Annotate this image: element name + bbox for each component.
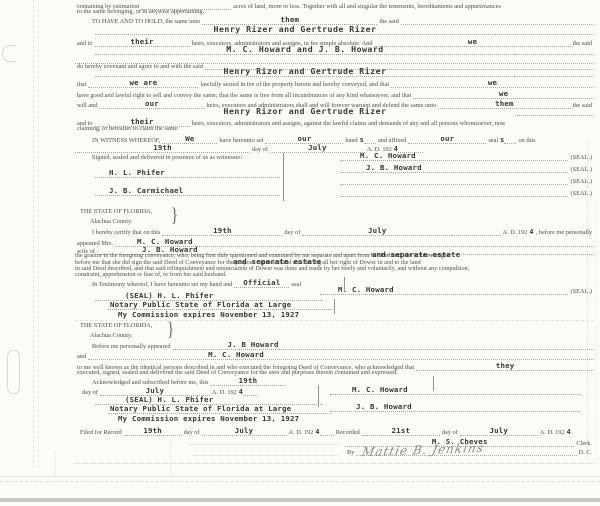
- seal-row-3-blank: [340, 176, 568, 185]
- scan-mark-left-bracket: [7, 350, 20, 394]
- hand-gap-blank: [364, 135, 376, 144]
- state-brace-2: }: [167, 321, 174, 341]
- state-line-1: THE STATE OF FLORIDA,: [78, 208, 154, 215]
- signer2-entry: J. B. Howard: [366, 163, 422, 172]
- seal-label-3: (SEAL.): [568, 178, 594, 185]
- witness-month-entry: July: [308, 143, 327, 152]
- certify-ad-text: A. D. 192: [501, 229, 530, 236]
- we-entry-3: we: [499, 89, 508, 98]
- notary2-title-blank: Notary Public State of Florida at Large: [108, 405, 330, 414]
- county-text-2: Alachua County.: [88, 332, 134, 339]
- witness2-line: J. B. Carmichael: [95, 187, 280, 196]
- certify-mid-blank: [452, 227, 500, 236]
- witness2-blank: J. B. Carmichael: [95, 187, 280, 196]
- scan-bottom-bar: [0, 498, 600, 502]
- certify-day-blank: 19th: [162, 227, 282, 236]
- have-hold-pre: TO HAVE AND TO HOLD, the same unto: [90, 18, 202, 25]
- filed-day-of-text: day of: [182, 429, 202, 436]
- state-brace-1: }: [171, 207, 178, 227]
- presence-text: Signed, sealed and delivered in presence…: [90, 154, 244, 161]
- seal-row-2-blank: J. B. Howard: [340, 164, 568, 173]
- person2-blank: M. C. Howard: [88, 351, 594, 360]
- our-entry-3: our: [440, 134, 454, 143]
- scan-fold-line-right-2: [596, 200, 597, 460]
- we-entry-4: We: [185, 134, 194, 143]
- recorded-ad-text: A. D. 192: [538, 429, 567, 436]
- grantees-blank-2: Henry Rizor and Gertrude Rizer: [95, 68, 515, 77]
- claims-text: heirs, executors, administrators and ass…: [190, 120, 508, 127]
- county-line-1: Alachua County.: [88, 218, 134, 225]
- recorded-month-entry: July: [489, 426, 508, 435]
- have-hold-post: the said: [377, 18, 400, 25]
- ack1-seal-label: (SEAL.): [568, 288, 594, 295]
- seal-row-4: (SEAL.): [340, 188, 594, 197]
- seal-gap-blank: [504, 135, 516, 144]
- seized-text: lawfully seized in fee of the property h…: [198, 81, 391, 88]
- good-lawful-text: have good and lawful right to sell and c…: [75, 92, 413, 99]
- good-lawful-line: have good and lawful right to sell and c…: [75, 90, 594, 99]
- we-are-blank: we are: [88, 79, 198, 88]
- our-entry-2: our: [297, 134, 311, 143]
- have-hold-entry: them: [281, 15, 300, 24]
- witness1-entry: H. L. Phifer: [109, 168, 165, 177]
- notary1-title-blank: Notary Public State of Florida at Large: [108, 301, 333, 310]
- presence-line: Signed, sealed and delivered in presence…: [90, 154, 244, 161]
- notary1-title-entry: Notary Public State of Florida at Large: [110, 300, 291, 309]
- state-text-2: THE STATE OF FLORIDA,: [78, 322, 154, 329]
- separate-estate-overlay-1: and separate estate: [372, 251, 460, 259]
- in-witness-text: IN WITNESS WHEREOF,: [90, 137, 162, 144]
- appertaining-line: to the same belonging, or in anywise app…: [75, 8, 206, 15]
- grantors-blank: M. C. Howard and J. B. Howard: [95, 46, 515, 55]
- claiming-text: claiming, or hereafter to claim the same…: [75, 125, 181, 132]
- scan-stub-1: [55, 452, 56, 476]
- dower-para-line-4: constraint, apprehension or fear of, or …: [75, 272, 227, 278]
- and-to-text-1: and to: [75, 40, 95, 47]
- grantees-entry-1: Henry Rizer and Gertrude Rizer: [214, 24, 377, 34]
- scan-line-bottom-2: [0, 481, 600, 482]
- they-blank: they: [416, 362, 594, 371]
- seal-row-1-blank: M. C. Howard: [340, 152, 568, 161]
- executed-text: executed, signed, sealed and delivered t…: [75, 369, 400, 376]
- recorded-day-of-text: day of: [440, 429, 460, 436]
- they-entry: they: [496, 361, 515, 370]
- filed-day-entry: 19th: [143, 426, 162, 435]
- we-entry-2: we: [488, 78, 497, 87]
- grantees-line-3: Henry Rizor and Gertrude Rizer: [95, 107, 594, 116]
- certify-day-entry: 19th: [213, 226, 232, 235]
- witness-day-blank: 19th: [75, 144, 250, 153]
- state-line-2: THE STATE OF FLORIDA,: [78, 322, 154, 329]
- grantees-entry-2: Henry Rizor and Gertrude Rizer: [224, 66, 387, 76]
- witness1-line: H. L. Phifer: [95, 169, 280, 178]
- seal-row-4-blank: [340, 188, 568, 197]
- ack-day-entry: 19th: [239, 376, 258, 385]
- ack1-signer-entry: M. C. Howard: [338, 285, 394, 294]
- deputy-clerk-line: By Mattie B. Jenkins D. C.: [345, 447, 594, 456]
- ack2-signer2-row: J. B. Howard: [330, 403, 580, 412]
- certify-post-text: , before me personally: [534, 229, 594, 236]
- recorded-pre-text: Recorded: [334, 429, 362, 436]
- grantees-entry-3: Henry Rizor and Gertrude Rizer: [224, 106, 387, 116]
- our-blank-2: our: [265, 135, 343, 144]
- deputy-clerk-signature: Mattie B. Jenkins: [362, 445, 485, 456]
- grantors-entry: M. C. Howard and J. B. Howard: [226, 44, 383, 54]
- notary1-title-line: Notary Public State of Florida at Large: [108, 301, 333, 310]
- before-me-line: Before me personally appeared J. B Howar…: [90, 341, 594, 350]
- deed-document-page: containing by estimation acres of land, …: [0, 0, 600, 506]
- county-line-2: Alachua County.: [88, 332, 134, 339]
- by-label-text: By: [345, 449, 356, 456]
- scan-fold-line-left-2: [38, 0, 39, 468]
- appertaining-text: to the same belonging, or in anywise app…: [75, 8, 206, 15]
- we-entry-1: we: [468, 37, 477, 46]
- person2-entry: M. C. Howard: [208, 350, 264, 359]
- recorded-day-blank: 21st: [362, 427, 440, 436]
- ack-day-of-text: day of: [80, 389, 100, 396]
- filed-ad-text: A. D. 192: [287, 429, 316, 436]
- filed-day-blank: 19th: [124, 427, 182, 436]
- recorded-day-entry: 21st: [392, 426, 411, 435]
- ack-month-entry: July: [146, 386, 165, 395]
- notary2-commission-line: My Commission expires November 13, 1927: [118, 415, 299, 423]
- on-this-text: on this: [516, 137, 537, 144]
- grantees-trailing-blank-1: [495, 26, 594, 35]
- filed-pre-text: Filed for Record: [78, 429, 124, 436]
- ack2-signer1-blank: M. C. Howard: [330, 386, 580, 395]
- seal-word-text: seal: [289, 281, 303, 288]
- have-hold-trailing-blank: [401, 16, 594, 25]
- filed-month-entry: July: [235, 426, 254, 435]
- seal-row-1: M. C. Howard (SEAL.): [340, 152, 594, 161]
- witness1-blank: H. L. Phifer: [95, 169, 280, 178]
- deputy-signature-blank: Mattie B. Jenkins: [356, 447, 576, 456]
- separate-estate-overlay-2: and separate estate: [233, 258, 321, 266]
- ack2-signer1-row: M. C. Howard: [330, 386, 580, 395]
- grantors-trailing-blank: [515, 46, 594, 55]
- our-blank-3: our: [408, 135, 486, 144]
- grantors-line: M. C. Howard and J. B. Howard: [95, 46, 594, 55]
- notary1-sig-entry: (SEAL) H. L. Phifer: [125, 291, 213, 300]
- certify-month-entry: July: [368, 226, 387, 235]
- hand-text: hand: [343, 137, 359, 144]
- clerk-label-text: Clerk.: [574, 440, 594, 447]
- ack2-signer1-entry: M. C. Howard: [352, 385, 408, 394]
- and-person2-line: and M. C. Howard: [75, 351, 594, 360]
- we-blank-3: we: [413, 90, 594, 99]
- acknowledged-text: Acknowledged and subscribed before me, t…: [90, 379, 210, 386]
- filed-month-blank: July: [202, 427, 287, 436]
- dc-label-text: D. C.: [577, 449, 594, 456]
- we-are-entry: we are: [130, 78, 158, 87]
- county-text-1: Alachua County.: [88, 218, 134, 225]
- affixed-text: and affixed: [376, 137, 408, 144]
- ack-year-blank: [243, 387, 258, 396]
- notary2-commission-entry: My Commission expires November 13, 1927: [118, 415, 299, 423]
- recorded-month-blank: July: [460, 427, 538, 436]
- ack-ad-text: A. D. 192: [210, 389, 239, 396]
- person1-blank: J. B Howard: [173, 341, 595, 350]
- notary2-title-line: Notary Public State of Florida at Large: [108, 405, 330, 414]
- we-blank-2: we: [391, 79, 594, 88]
- acknowledged-line: Acknowledged and subscribed before me, t…: [90, 377, 340, 386]
- testimony-line: In Testimony whereof, I have hereunto se…: [90, 279, 338, 288]
- that-text: that: [75, 81, 88, 88]
- notary2-title-entry: Notary Public State of Florida at Large: [110, 404, 291, 413]
- testimony-pre-text: In Testimony whereof, I have hereunto se…: [90, 281, 234, 288]
- scan-dash-clerk-1: [190, 444, 340, 445]
- seal-row-2: J. B. Howard (SEAL.): [340, 164, 594, 173]
- seal-label-2: (SEAL.): [568, 166, 594, 173]
- scan-fold-line-left-1: [33, 0, 34, 468]
- grantees-line-2: Henry Rizor and Gertrude Rizer: [95, 68, 594, 77]
- and-text: and: [75, 353, 88, 360]
- certify-month-blank: July: [302, 227, 452, 236]
- seal-label-4: (SEAL.): [568, 190, 594, 197]
- official-entry: Official: [243, 278, 280, 287]
- scan-stub-2: [170, 440, 171, 476]
- person1-entry: J. B Howard: [228, 340, 279, 349]
- seal-row-3: (SEAL.): [340, 176, 594, 185]
- certify-day-of-text: day of: [282, 229, 302, 236]
- ack1-seal-row: M. C. Howard (SEAL.): [320, 286, 594, 295]
- grantees-line-1: Henry Rizer and Gertrude Rizer: [95, 26, 594, 35]
- scan-mark-left-c: [2, 45, 16, 62]
- filed-record-line: Filed for Record 19th day of July A. D. …: [78, 427, 594, 436]
- executed-line: executed, signed, sealed and delivered t…: [75, 369, 400, 376]
- state-text-1: THE STATE OF FLORIDA,: [78, 208, 154, 215]
- grantees-trailing-blank-3: [515, 107, 594, 116]
- their-entry-1: their: [130, 37, 153, 46]
- recorded-year-entry: 4: [567, 429, 571, 437]
- signer1-entry: M. C. Howard: [360, 151, 416, 160]
- certify-line: I hereby certify that on this 19th day o…: [90, 227, 594, 236]
- notary1-commission-entry: My Commission expires November 13, 1927: [118, 311, 299, 319]
- filed-gap-blank: [320, 427, 334, 436]
- seized-line: that we are lawfully seized in fee of th…: [75, 79, 594, 88]
- ack1-signer-blank: M. C. Howard: [320, 286, 568, 295]
- witness2-entry: J. B. Carmichael: [109, 186, 183, 195]
- notary1-commission-line: My Commission expires November 13, 1927: [118, 311, 299, 319]
- seal-text: seal: [486, 137, 500, 144]
- notary1-title-bracket: [334, 299, 335, 314]
- official-blank: Official: [234, 279, 289, 288]
- grantees-trailing-blank-2: [515, 68, 594, 77]
- grantees-blank-3: Henry Rizor and Gertrude Rizer: [95, 108, 515, 116]
- seal-label-1: (SEAL.): [568, 154, 594, 161]
- before-me-text: Before me personally appeared: [90, 343, 173, 350]
- ack2-signer2-entry: J. B. Howard: [356, 402, 412, 411]
- ack2-signer2-blank: J. B. Howard: [330, 403, 580, 412]
- scan-line-bottom-1: [0, 476, 600, 477]
- scan-dash-commission-1: [75, 320, 594, 321]
- scan-line-bottom-dotted: [75, 463, 594, 464]
- hereunto-text: have hereunto set: [217, 137, 265, 144]
- witness-day-entry: 19th: [153, 143, 172, 152]
- grantees-blank-1: Henry Rizer and Gertrude Rizer: [95, 26, 495, 35]
- notary2-sig-entry: (SEAL) H. L. Phifer: [125, 395, 213, 404]
- claiming-line: claiming, or hereafter to claim the same…: [75, 125, 181, 132]
- witness-column-divider: [283, 153, 284, 201]
- ack-day-blank: 19th: [210, 377, 285, 386]
- scan-dash-clerk-2: [193, 455, 338, 456]
- witness-day-of-text: day of: [250, 146, 270, 153]
- estimation-post-text: acres of land, more or less. Together wi…: [231, 3, 503, 10]
- certify-pre-text: I hereby certify that on this: [90, 229, 162, 236]
